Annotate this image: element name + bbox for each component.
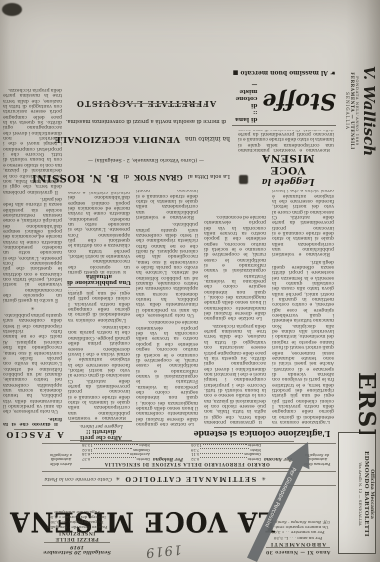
article-column-1: L'agitazione colonica va estendendosi di… xyxy=(272,190,334,424)
rossini-affrettate: AFFRETTATE L'ACQUISTO xyxy=(62,99,230,109)
edge-ad-officina: Officina Meccanica EDMONDO BARTOLETTI Vi… xyxy=(338,432,376,554)
officina-line2: EDMONDO BARTOLETTI xyxy=(363,436,369,552)
train-time: 0.37 xyxy=(82,456,90,461)
stoffe-ad: Stoffe di lana :: di cotone miste — ☛ Al… xyxy=(232,69,336,126)
small-text-row: Riceviamo e volentieri pubblichiamo una … xyxy=(238,130,334,152)
inserzioni-line: In corpo del giornale » 0,50 xyxy=(36,515,118,520)
banner-notice: Altro che preti distrutti !! Leggere per… xyxy=(70,421,132,441)
article-paragraph: Riceviamo e volentieri pubblichiamo una … xyxy=(238,130,334,152)
train-time: 0.32 xyxy=(191,456,199,461)
article-paragraph: È uscito in questi giorni un opuscolo ch… xyxy=(68,192,130,274)
train-time: 5.11 xyxy=(191,452,199,457)
train-time: 6.28 xyxy=(82,452,90,457)
rossini-pre: La sola Ditta al xyxy=(188,173,230,179)
article-paragraph: L'agitazione colonica va estendendosi di… xyxy=(272,258,334,424)
article-paragraph: Riceviamo e volentieri pubblichiamo una … xyxy=(136,190,198,219)
auto-note-line: a Senigallia xyxy=(42,452,80,457)
article-paragraph: Le notizie che giungono dalle diverse fr… xyxy=(204,214,266,321)
article-column-4-lower: È uscito in questi giorni un opuscolo ch… xyxy=(68,192,130,274)
handwritten-year: 1919 xyxy=(144,541,182,560)
edge-title-fragment: ERSI xyxy=(346,370,380,434)
edge-ad-wallisch: V. Wallisch FONDATA NELL'ANNO 1869 FERRA… xyxy=(336,18,380,204)
arrow-label: Per Giuseppe Percossini xyxy=(263,466,297,528)
fascio-brief: Il diavolo che si fa frate. xyxy=(3,415,62,426)
rossini-merce: di merce di assoluta novità a prezzi di … xyxy=(62,118,230,124)
article-paragraph: Le notizie che giungono dalle diverse fr… xyxy=(136,319,198,426)
inserzioni-title: PREZZI DELLE INSERZIONI xyxy=(36,530,118,540)
train-time: 7.29 xyxy=(191,447,199,452)
stoffe-line1: di lana :: xyxy=(232,108,257,122)
leggete-line1: Leggete la xyxy=(244,176,332,186)
officina-line1: Officina Meccanica xyxy=(369,436,374,552)
scanned-newspaper-screenshot: Officina Meccanica EDMONDO BARTOLETTI Vi… xyxy=(0,0,380,562)
article-paragraph: È uscito in questi giorni un opuscolo ch… xyxy=(3,196,62,303)
edge-fragment-text: ERSI xyxy=(348,372,380,432)
dateline: Senigallia 20 Settembre 1919 xyxy=(36,544,118,554)
wallisch-name: V. Wallisch xyxy=(360,20,378,202)
inserzioni-box: Senigallia 20 Settembre 1919 PREZZI DELL… xyxy=(36,509,118,554)
rossini-ad: La sola Ditta al GRAN STOK di B. N. ROSS… xyxy=(62,99,230,190)
article-paragraph: Un noto professore, che da anni va predi… xyxy=(136,221,198,317)
stoffe-line2: di cotone xyxy=(232,94,257,108)
train-time: 10.02 xyxy=(82,447,93,452)
pubblicazione-heading: Una pubblicazione di attualità xyxy=(56,273,142,285)
banner-line2: Leggere per intero. xyxy=(70,423,132,428)
postal-note: Conto corrente con la Posta xyxy=(36,476,112,481)
pointing-hand-icon: ☛ xyxy=(330,69,335,76)
timetable-group-label: Per Bologna xyxy=(153,443,183,461)
fascio-lead: Il diavolo che si fa frate. xyxy=(3,416,62,426)
article-paragraph: Riceviamo e volentieri pubblichiamo una … xyxy=(68,324,130,420)
article-paragraph: Il gravissimo problema della terra, che … xyxy=(204,322,266,424)
leggete-line2: VOCE MISENA xyxy=(244,152,332,176)
scan-artifact-blob xyxy=(2,3,22,16)
rossini-name: B. N. ROSSINI xyxy=(32,172,119,183)
auto-arrivals-note: Arrivo delle Automobili a Senigallia xyxy=(42,452,80,466)
rossini-ha: ha iniziato una xyxy=(185,135,230,142)
inserzioni-line: Palazzo Vescovile - Senigallia xyxy=(36,525,118,530)
newspaper-front-page: Officina Meccanica EDMONDO BARTOLETTI Vi… xyxy=(0,0,380,562)
rossini-address: — (Corso Vittorio Emanuele, 2 - Senigall… xyxy=(62,157,230,163)
train-name: Accelerato xyxy=(130,452,150,457)
ink-mark xyxy=(239,175,248,184)
stoffe-tagline: Al massimo buon mercato xyxy=(240,69,327,76)
wallisch-line2: FERRAMENTA — UTENSILI xyxy=(350,20,355,202)
rossini-vendita: VENDITA ECCEZIONALE xyxy=(54,134,180,144)
article-paragraph: L'agitazione colonica va estendendosi di… xyxy=(68,290,130,322)
auto-note-line: Arrivo delle Automobili xyxy=(42,457,80,466)
inserzioni-line: Pagamento anticipato xyxy=(36,509,118,514)
black-square-icon: ■ xyxy=(233,69,239,76)
asterisk-divider-icon: ✳ xyxy=(3,304,62,309)
article-column-2: Il gravissimo problema della terra, che … xyxy=(204,190,266,424)
wallisch-line3: SENIGALLIA xyxy=(345,20,350,202)
article-paragraph: Riceviamo e volentieri pubblichiamo una … xyxy=(272,190,334,256)
banner-line1: Altro che preti distrutti !! xyxy=(70,428,132,439)
article-column-3: Le notizie che giungono dalle diverse fr… xyxy=(136,190,198,426)
fascio-section-title: A FASCIO xyxy=(4,430,64,440)
article-column-4-upper: Riceviamo e volentieri pubblichiamo una … xyxy=(68,290,130,420)
stoffe-word: Stoffe xyxy=(262,88,336,114)
rossini-stok: GRAN STOK xyxy=(134,173,183,182)
upside-down-scan-wrapper: Officina Meccanica EDMONDO BARTOLETTI Vi… xyxy=(0,0,380,562)
flower-ornament-icon: ✳ xyxy=(114,475,120,481)
leggete-promo: Leggete la VOCE MISENA xyxy=(244,152,332,186)
train-name: Diretto xyxy=(137,456,150,461)
article-column-5-fascio: Il diavolo che si fa frate. Un noto prof… xyxy=(3,78,62,426)
annotation-arrow: Per Giuseppe Percossini xyxy=(230,432,340,562)
train-name: Omnibus xyxy=(133,447,150,452)
rossini-di: di xyxy=(124,173,129,179)
stoffe-line3: miste — xyxy=(232,80,257,94)
timetable-group-bologna: Per Bologna Diretto0.37 Accelerato6.28 O… xyxy=(82,443,183,461)
article-paragraph: Un noto professore, che da anni va predi… xyxy=(3,312,62,414)
wallisch-line1: FONDATA NELL'ANNO 1869 xyxy=(355,20,360,202)
pencil-mark: s xyxy=(32,224,40,238)
